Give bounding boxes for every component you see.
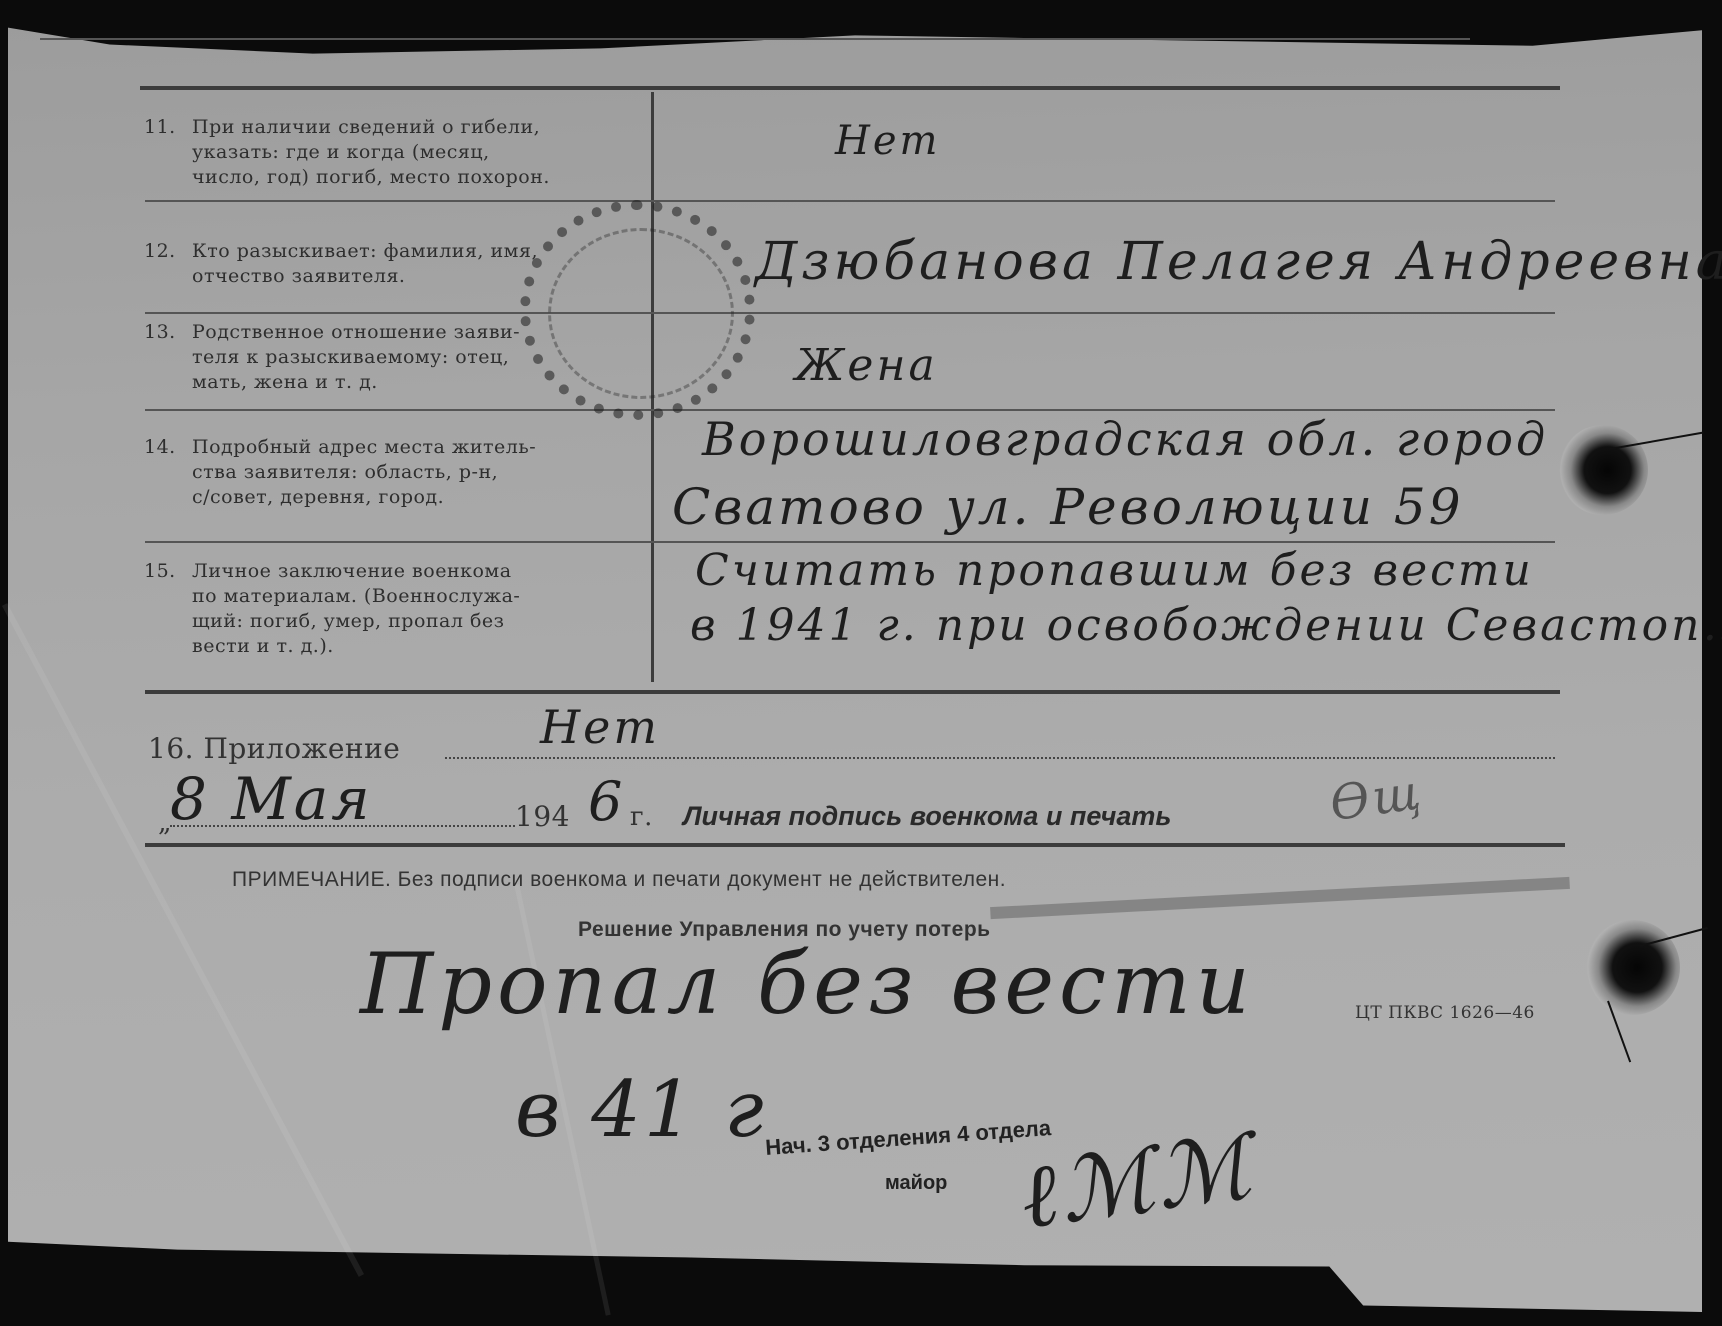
date-day-month: 8 Мая <box>170 765 373 833</box>
official-stamp-line2: майор <box>885 1172 947 1195</box>
item-12-answer: Дзюбанова Пелагея Андреевна <box>755 232 1722 292</box>
round-seal-inner <box>548 228 734 399</box>
item-14-label: 14. Подробный адрес места житель- ства з… <box>192 435 632 510</box>
decision-line1: Пропал без вести <box>360 935 1255 1033</box>
item-11-answer: Нет <box>835 118 940 164</box>
date-year-handwritten: 6 <box>588 770 625 833</box>
item-15-answer-line1: Считать пропавшим без вести <box>695 545 1534 596</box>
attachment-dotted-line <box>445 757 1555 759</box>
paper-hole <box>1558 425 1648 515</box>
signature-caption: Личная подпись военкома и печать <box>683 801 1171 832</box>
section-rule <box>145 690 1560 694</box>
section-rule <box>145 843 1565 847</box>
item-13-answer: Жена <box>795 340 938 391</box>
document-sheet <box>8 12 1702 1312</box>
item-14-answer-line1: Ворошиловградская обл. город <box>702 412 1548 466</box>
row-separator <box>145 541 1555 543</box>
item-11-label: 11. При наличии сведений о гибели, указа… <box>192 115 632 190</box>
print-code: ЦТ ПКВС 1626—46 <box>1355 1003 1535 1023</box>
validity-note: ПРИМЕЧАНИЕ. Без подписи военкома и печат… <box>232 868 1006 892</box>
date-year-suffix: г. <box>630 802 653 832</box>
item-15-label: 15. Личное заключение военкома по матери… <box>192 559 632 659</box>
row-separator <box>145 312 1555 314</box>
top-rule <box>40 38 1470 40</box>
row-separator <box>145 200 1555 202</box>
row-separator <box>145 409 1555 411</box>
paper-hole <box>1585 920 1680 1015</box>
date-dotted-line <box>170 825 515 827</box>
header-rule <box>140 86 1560 90</box>
attachment-answer: Нет <box>540 700 660 754</box>
item-16-label: 16. Приложение <box>148 732 400 765</box>
decision-line2: в 41 г <box>515 1065 767 1155</box>
item-15-answer-line2: в 1941 г. при освобождении Севастоп… <box>690 600 1722 651</box>
item-14-answer-line2: Сватово ул. Революции 59 <box>672 478 1464 536</box>
date-year-printed: 194 <box>515 800 570 833</box>
